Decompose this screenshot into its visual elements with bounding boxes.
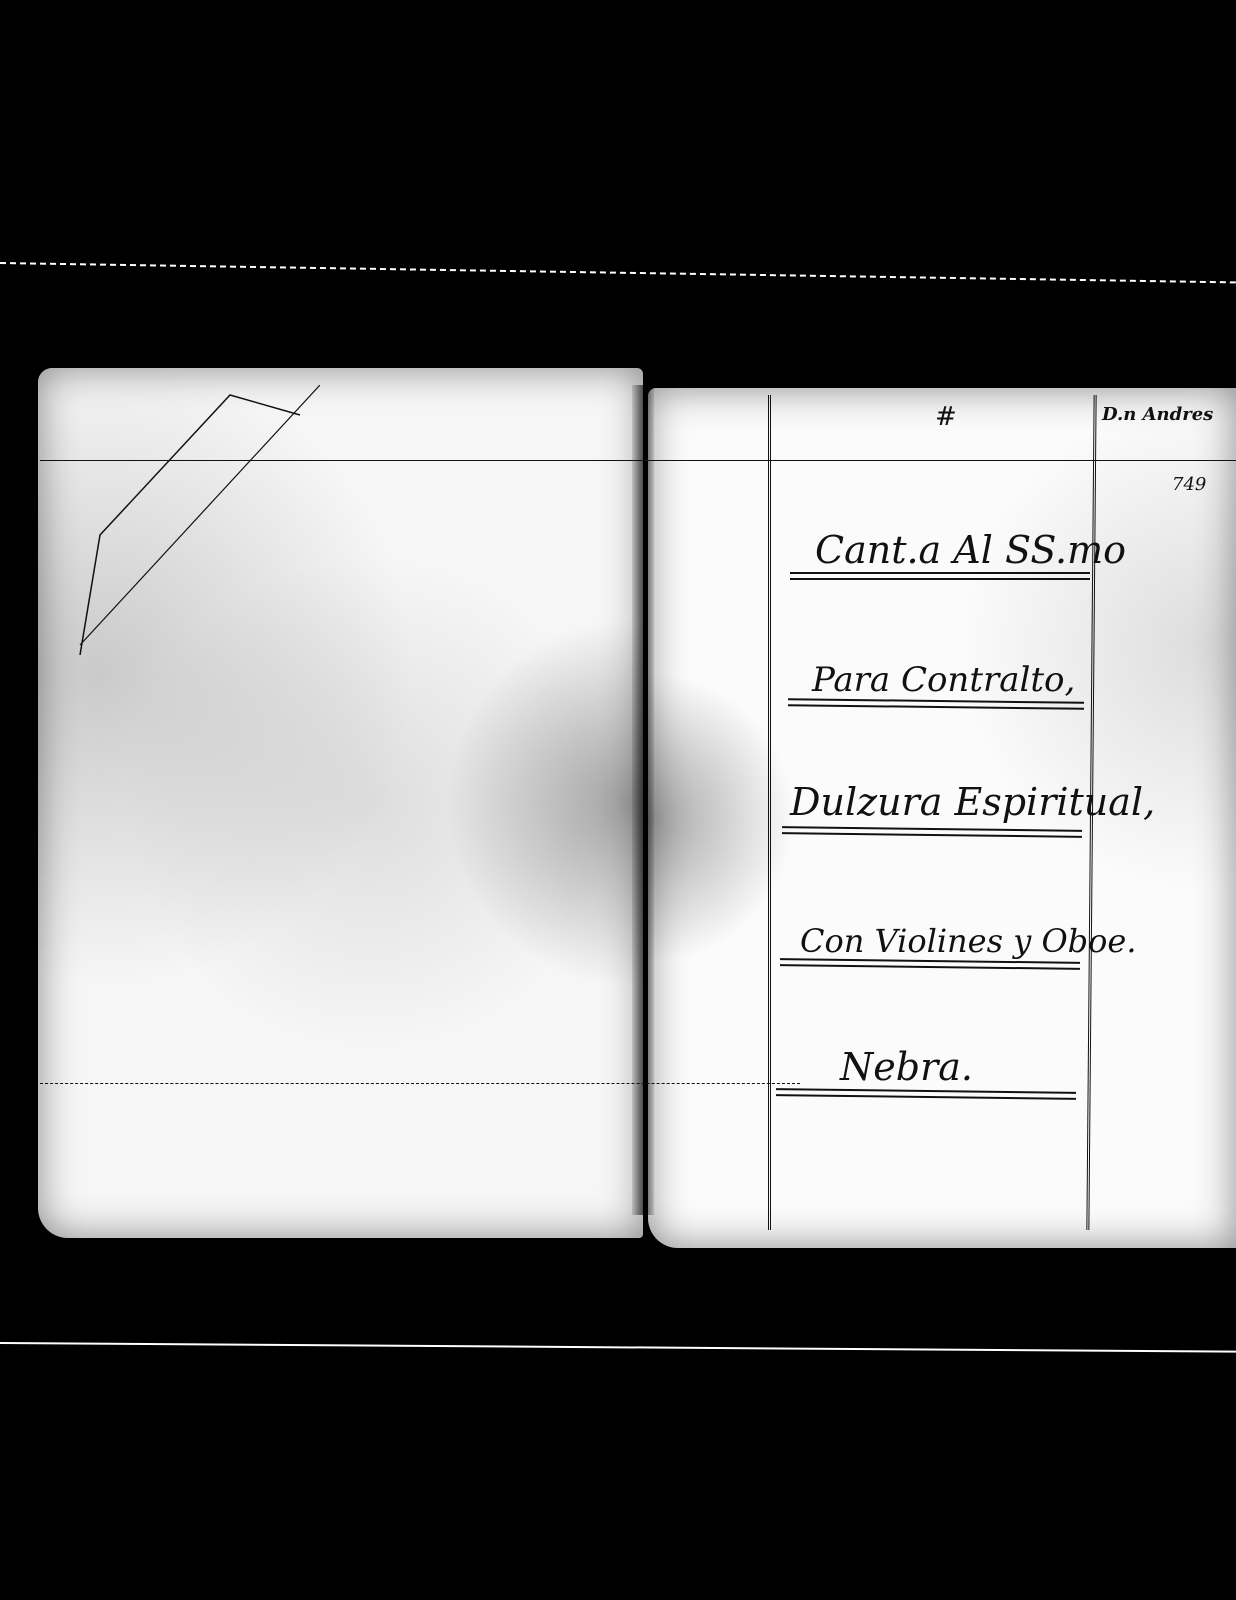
label-border-left (768, 395, 771, 1230)
title-line-cantata: Cant.a Al SS.mo (815, 528, 1126, 572)
title-line-instruments: Con Violines y Oboe. (800, 922, 1137, 960)
title-line-composer: Nebra. (840, 1045, 973, 1089)
title-line-voice: Para Contralto, (812, 660, 1075, 700)
folio-mark: # (935, 402, 957, 432)
book-spine (632, 385, 654, 1215)
catalog-number: 749 (1172, 474, 1206, 495)
scan-guide-horizontal (40, 460, 1236, 461)
owner-note: D.n Andres (1102, 404, 1213, 425)
title-line-subtitle: Dulzura Espiritual, (790, 780, 1155, 824)
fold-mark-lines (70, 385, 320, 655)
scanner-guide-line-bottom (0, 1342, 1236, 1353)
scan-guide-dashed (40, 1083, 800, 1084)
scanner-guide-line-top (0, 262, 1236, 283)
title-underline-1 (790, 572, 1090, 580)
